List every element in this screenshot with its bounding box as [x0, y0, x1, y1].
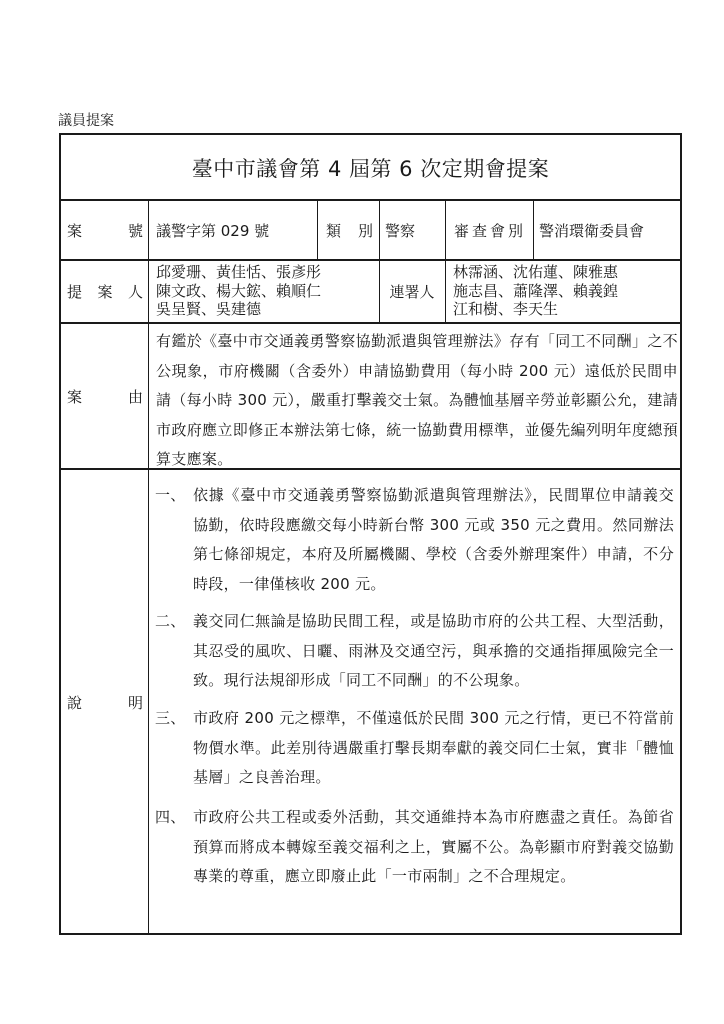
item-text: 市政府 200 元之標準，不僅遠低於民間 300 元之行情，更已不符當前物價水準…: [193, 704, 674, 793]
item-text: 依據《臺中市交通義勇警察協勤派遣與管理辦法》，民間單位申請義交協勤，依時段應繳交…: [193, 481, 674, 599]
proposer-label: 提 案 人: [61, 261, 149, 323]
label-char: 案: [67, 387, 82, 407]
review-committee-value: 警消環衛委員會: [533, 201, 682, 260]
item-number: 二、: [155, 607, 186, 637]
review-label-text: 審查會別: [445, 201, 533, 260]
category-text: 警察: [379, 201, 445, 260]
cosigner-line: 施志昌、蕭隆澤、賴義鍠: [453, 282, 682, 301]
label-char: 明: [128, 693, 143, 713]
label-char: 別: [358, 221, 373, 241]
reason-label: 案 由: [61, 324, 149, 469]
document-label: 議員提案: [58, 110, 114, 130]
explanation-item: 一、 依據《臺中市交通義勇警察協勤派遣與管理辦法》，民間單位申請義交協勤，依時段…: [155, 481, 674, 599]
label-char: 人: [128, 282, 143, 302]
label-char: 說: [67, 693, 82, 713]
proposer-line: 陳文政、楊大鋐、賴順仁: [156, 282, 379, 301]
divider: [317, 201, 318, 260]
label-char: 提: [67, 282, 82, 302]
case-number-label: 案 號: [61, 201, 149, 260]
review-committee-label: 審查會別: [445, 201, 533, 260]
review-committee-text: 警消環衛委員會: [533, 201, 682, 260]
proposer-line: 邱愛珊、黃佳恬、張彥彤: [156, 263, 379, 282]
explanation-item: 四、 市政府公共工程或委外活動，其交通維持本為市府應盡之責任。為節省預算而將成本…: [155, 803, 674, 892]
proposer-names: 邱愛珊、黃佳恬、張彥彤 陳文政、楊大鋐、賴順仁 吳呈賢、吳建德: [149, 261, 379, 323]
cosigner-line: 江和樹、李天生: [453, 300, 682, 319]
label-char: 案: [97, 282, 112, 302]
item-text: 義交同仁無論是協助民間工程，或是協助市府的公共工程、大型活動，其忍受的風吹、日曬…: [193, 607, 674, 696]
cosigner-names: 林霈涵、沈佑蓮、陳雅惠 施志昌、蕭隆澤、賴義鍠 江和樹、李天生: [445, 261, 682, 323]
explanation-cell: 一、 依據《臺中市交通義勇警察協勤派遣與管理辦法》，民間單位申請義交協勤，依時段…: [149, 470, 682, 935]
label-char: 類: [326, 221, 341, 241]
category-label: 類 別: [317, 201, 379, 260]
cosigner-label: 連署人: [379, 261, 445, 323]
category-value: 警察: [379, 201, 445, 260]
label-char: 由: [128, 387, 143, 407]
proposal-table: 臺中市議會第 4 屆第 6 次定期會提案 案 號 議警字第 029 號 類 別 …: [59, 133, 682, 935]
explanation-item: 二、 義交同仁無論是協助民間工程，或是協助市府的公共工程、大型活動，其忍受的風吹…: [155, 607, 674, 696]
case-number-text: 議警字第 029 號: [149, 201, 317, 260]
item-number: 三、: [155, 704, 186, 734]
label-char: 案: [67, 221, 82, 241]
case-number-value: 議警字第 029 號: [149, 201, 317, 260]
item-number: 一、: [155, 481, 186, 511]
proposal-title: 臺中市議會第 4 屆第 6 次定期會提案: [61, 135, 680, 201]
item-text: 市政府公共工程或委外活動，其交通維持本為市府應盡之責任。為節省預算而將成本轉嫁至…: [193, 803, 674, 892]
item-number: 四、: [155, 803, 186, 833]
divider: [533, 201, 534, 260]
cosigner-line: 林霈涵、沈佑蓮、陳雅惠: [453, 263, 682, 282]
proposer-line: 吳呈賢、吳建德: [156, 300, 379, 319]
explanation-label: 說 明: [61, 470, 149, 935]
explanation-item: 三、 市政府 200 元之標準，不僅遠低於民間 300 元之行情，更已不符當前物…: [155, 704, 674, 793]
reason-text: 有鑑於《臺中市交通義勇警察協勤派遣與管理辦法》存有「同工不同酬」之不公現象，市府…: [149, 324, 682, 475]
cosigner-label-text: 連署人: [379, 261, 445, 323]
label-char: 號: [128, 221, 143, 241]
reason-text-cell: 有鑑於《臺中市交通義勇警察協勤派遣與管理辦法》存有「同工不同酬」之不公現象，市府…: [149, 324, 682, 469]
